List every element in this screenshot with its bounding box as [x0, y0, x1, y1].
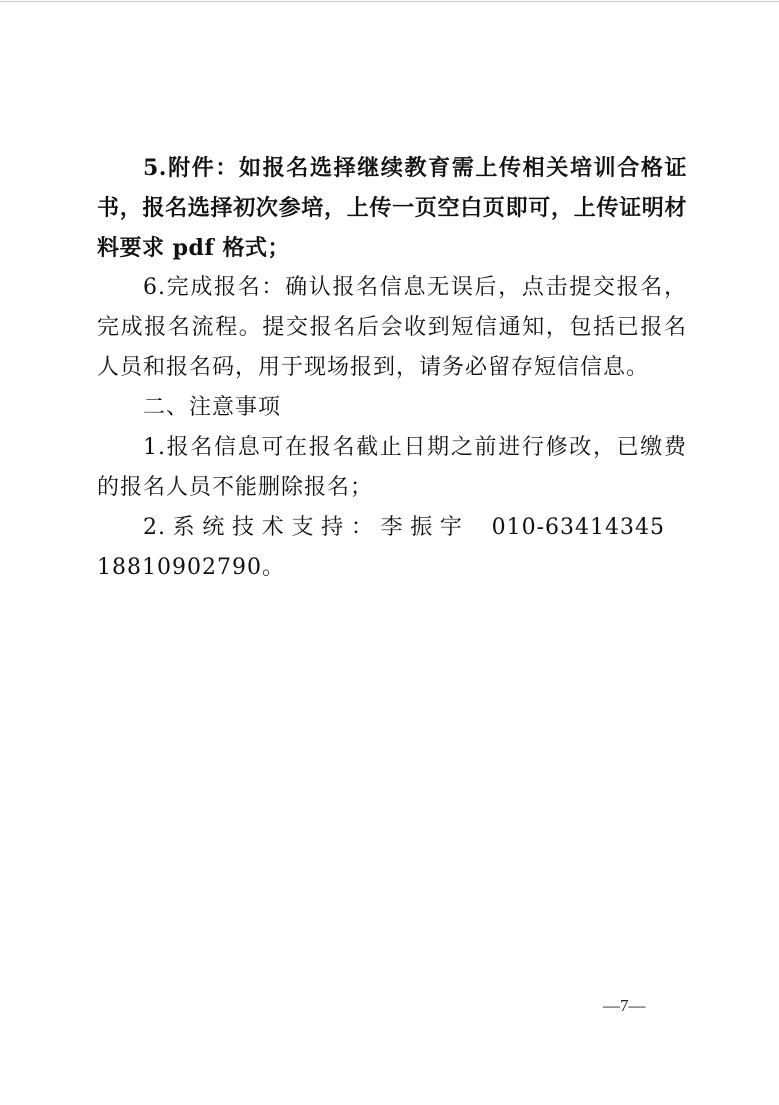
page-number: —7—: [603, 996, 646, 1016]
document-page: 5.附件：如报名选择继续教育需上传相关培训合格证书，报名选择初次参培，上传一页空…: [97, 148, 687, 588]
tech-support-phone: 010-63414345: [492, 515, 665, 540]
top-border-line: [0, 1, 779, 2]
tech-support-mobile: 18810902790。: [97, 555, 285, 580]
note-item-1: 1.报名信息可在报名截止日期之前进行修改，已缴费的报名人员不能删除报名；: [97, 428, 687, 508]
tech-support-label: 2.系统技术支持：李振宇: [143, 515, 470, 540]
section-heading-notes: 二、注意事项: [97, 388, 687, 428]
note-item-2-tech-support: 2.系统技术支持：李振宇010-6341434518810902790。: [97, 508, 687, 588]
paragraph-attachment: 5.附件：如报名选择继续教育需上传相关培训合格证书，报名选择初次参培，上传一页空…: [97, 148, 687, 268]
paragraph-complete-registration: 6.完成报名：确认报名信息无误后，点击提交报名，完成报名流程。提交报名后会收到短…: [97, 268, 687, 388]
